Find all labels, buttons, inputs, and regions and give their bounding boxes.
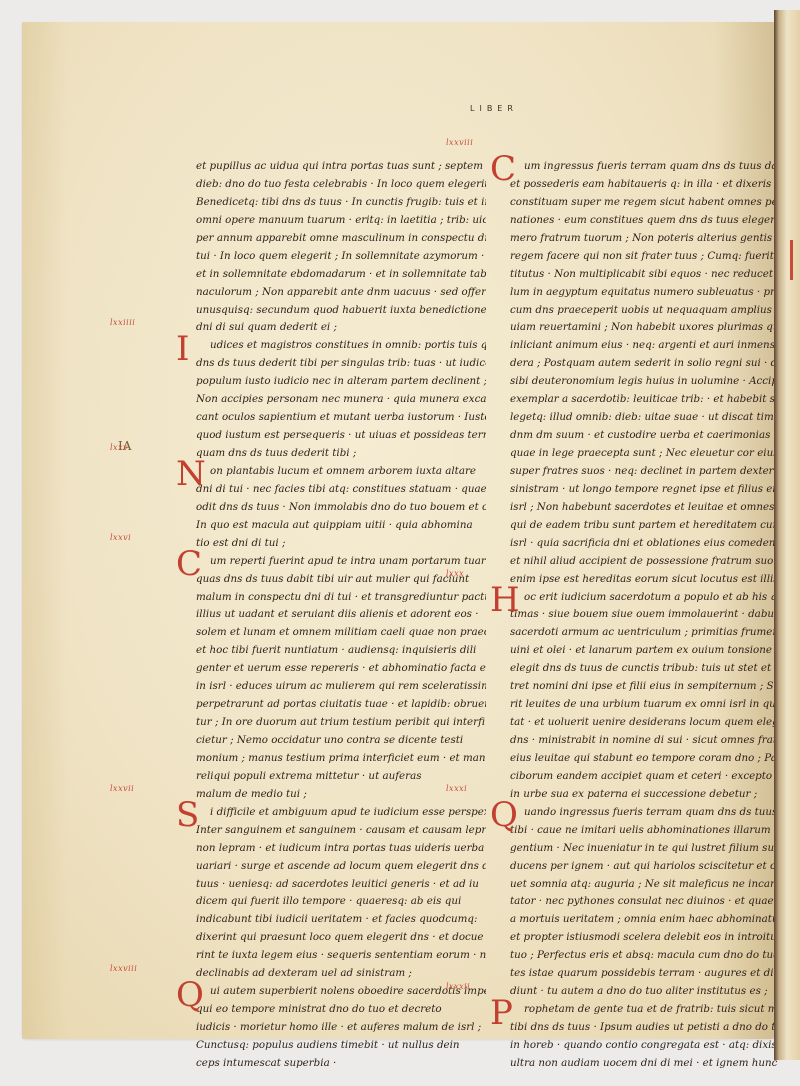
text-line: exemplar a sacerdotib: leuiticae trib: ·… xyxy=(510,391,800,409)
text-line: populum iusto iudicio nec in alteram par… xyxy=(196,373,486,391)
text-line: non lepram · et iudicum intra portas tua… xyxy=(196,840,486,858)
rubric-initial: C xyxy=(176,547,202,581)
text-line: dnm dm suum · et custodire uerba et caer… xyxy=(510,427,800,445)
text-line: elegit dns ds tuus de cunctis tribub: tu… xyxy=(510,660,800,678)
text-line: isrl · quia sacrificia dni et oblationes… xyxy=(510,535,800,553)
text-line: In quo est macula aut quippiam uitii · q… xyxy=(196,517,486,535)
text-line: tibi · caue ne imitari uelis abhominatio… xyxy=(510,822,800,840)
text-line: naculorum ; Non apparebit ante dnm uacuu… xyxy=(196,284,486,302)
text-line: titutus · Non multiplicabit sibi equos ·… xyxy=(510,266,800,284)
text-line: omni opere manuum tuarum · eritq: in lae… xyxy=(196,212,486,230)
text-line: in isrl · educes uirum ac mulierem qui r… xyxy=(196,678,486,696)
text-line: Cunctusq: populus audiens timebit · ut n… xyxy=(196,1037,486,1055)
text-line: lum in aegyptum equitatus numero subleua… xyxy=(510,284,800,302)
rubric-initial: C xyxy=(490,152,516,186)
text-line: quas dns ds tuus dabit tibi uir aut muli… xyxy=(196,571,486,589)
text-line: regem facere qui non sit frater tuus ; C… xyxy=(510,248,800,266)
text-line: in horeb · quando contio congregata est … xyxy=(510,1037,800,1055)
running-head: LIBER xyxy=(470,104,518,113)
text-line: et nihil aliud accipient de possessione … xyxy=(510,553,800,571)
text-line: ducens per ignem · aut qui hariolos scis… xyxy=(510,858,800,876)
text-line: tuo ; Perfectus eris et absq: macula cum… xyxy=(510,947,800,965)
text-line: dera ; Postquam autem sederit in solio r… xyxy=(510,355,800,373)
chapter-number: lxxiiii xyxy=(110,318,135,327)
text-line: inliciant animum eius · neq: argenti et … xyxy=(510,337,800,355)
text-line: uet somnia atq: auguria ; Ne sit malefic… xyxy=(510,876,800,894)
text-line: cant oculos sapientium et mutant uerba i… xyxy=(196,409,486,427)
text-line: legetq: illud omnib: dieb: uitae suae · … xyxy=(510,409,800,427)
text-line: Inter sanguinem et sanguinem · causam et… xyxy=(196,822,486,840)
facing-page-rubric xyxy=(790,240,793,280)
text-line: ui autem superbierit nolens oboedire sac… xyxy=(196,983,486,1001)
text-line: malum in conspectu dni di tui · et trans… xyxy=(196,589,486,607)
text-line: eius leuitae qui stabunt eo tempore cora… xyxy=(510,750,800,768)
text-line: rint te iuxta legem eius · sequeris sent… xyxy=(196,947,486,965)
text-line: reliqui populi extrema mittetur · ut auf… xyxy=(196,768,486,786)
text-line: iudicis · morietur homo ille · et aufere… xyxy=(196,1019,486,1037)
text-line: qui de eadem tribu sunt partem et heredi… xyxy=(510,517,800,535)
text-line: qui eo tempore ministrat dno do tuo et d… xyxy=(196,1001,486,1019)
text-line: dieb: dno do tuo festa celebrabis · In l… xyxy=(196,176,486,194)
text-line: tret nomini dni ipse et filii eius in se… xyxy=(510,678,800,696)
text-line: odit dns ds tuus · Non immolabis dno do … xyxy=(196,499,486,517)
text-line: monium ; manus testium prima interficiet… xyxy=(196,750,486,768)
text-line: et propter istiusmodi scelera delebit eo… xyxy=(510,929,800,947)
text-line: uiam reuertamini ; Non habebit uxores pl… xyxy=(510,319,800,337)
text-line: nationes · eum constitues quem dns ds tu… xyxy=(510,212,800,230)
text-line: ultra non audiam uocem dni di mei · et i… xyxy=(510,1055,800,1073)
chapter-number: lxxv xyxy=(110,443,128,452)
text-line: et pupillus ac uidua qui intra portas tu… xyxy=(196,158,486,176)
text-line: tuus · ueniesq: ad sacerdotes leuitici g… xyxy=(196,876,486,894)
text-line: mero fratrum tuorum ; Non poteris alteri… xyxy=(510,230,800,248)
chapter-number: lxxvi xyxy=(110,533,131,542)
text-line: malum de medio tui ; xyxy=(196,786,486,804)
text-line: tibi dns ds tuus · Ipsum audies ut petis… xyxy=(510,1019,800,1037)
text-line: timas · siue bouem siue ouem immolauerin… xyxy=(510,606,800,624)
text-line: Benedicetq: tibi dns ds tuus · In cuncti… xyxy=(196,194,486,212)
text-line: et hoc tibi fuerit nuntiatum · audiensq:… xyxy=(196,642,486,660)
text-line: per annum apparebit omne masculinum in c… xyxy=(196,230,486,248)
text-line: diunt · tu autem a dno do tuo aliter ins… xyxy=(510,983,800,1001)
text-line: et in sollemnitate ebdomadarum · et in s… xyxy=(196,266,486,284)
text-line: cietur ; Nemo occidatur uno contra se di… xyxy=(196,732,486,750)
text-line: tes istae quarum possidebis terram · aug… xyxy=(510,965,800,983)
text-line: tui · In loco quem elegerit ; In sollemn… xyxy=(196,248,486,266)
rubric-initial: Q xyxy=(176,978,204,1012)
text-line: enim ipse est hereditas eorum sicut locu… xyxy=(510,571,800,589)
text-line: i difficile et ambiguum apud te iudicium… xyxy=(196,804,486,822)
text-line: dicem qui fuerit illo tempore · quaeresq… xyxy=(196,893,486,911)
text-line: in urbe sua ex paterna ei successione de… xyxy=(510,786,800,804)
chapter-number: lxxxii xyxy=(446,982,470,991)
text-line: dns ds tuus dederit tibi per singulas tr… xyxy=(196,355,486,373)
text-line: um ingressus fueris terram quam dns ds t… xyxy=(510,158,800,176)
text-line: super fratres suos · neq: declinet in pa… xyxy=(510,463,800,481)
book-gutter xyxy=(774,10,800,1060)
right-column: um ingressus fueris terram quam dns ds t… xyxy=(510,158,800,1073)
chapter-number: lxxvii xyxy=(110,784,134,793)
rubric-initial: Q xyxy=(490,798,518,832)
text-line: ceps intumescat superbia · xyxy=(196,1055,486,1073)
chapter-number: lxxviii xyxy=(446,138,473,147)
text-line: dni di sui quam dederit ei ; xyxy=(196,319,486,337)
text-line: tur ; In ore duorum aut trium testium pe… xyxy=(196,714,486,732)
text-line: on plantabis lucum et omnem arborem iuxt… xyxy=(196,463,486,481)
text-line: uini et olei · et lanarum partem ex ouiu… xyxy=(510,642,800,660)
text-line: tat · et uoluerit uenire desiderans locu… xyxy=(510,714,800,732)
text-line: rophetam de gente tua et de fratrib: tui… xyxy=(510,1001,800,1019)
text-line: sacerdoti armum ac uentriculum ; primiti… xyxy=(510,624,800,642)
text-line: quae in lege praecepta sunt ; Nec eleuet… xyxy=(510,445,800,463)
text-line: dni di tui · nec facies tibi atq: consti… xyxy=(196,481,486,499)
text-line: a mortuis ueritatem ; omnia enim haec ab… xyxy=(510,911,800,929)
text-line: sibi deuteronomium legis huius in uolumi… xyxy=(510,373,800,391)
rubric-initial: H xyxy=(490,583,520,617)
text-line: quam dns ds tuus dederit tibi ; xyxy=(196,445,486,463)
text-line: illius ut uadant et seruiant diis alieni… xyxy=(196,606,486,624)
text-line: declinabis ad dexteram uel ad sinistram … xyxy=(196,965,486,983)
text-line: um reperti fuerint apud te intra unam po… xyxy=(196,553,486,571)
text-line: gentium · Nec inueniatur in te qui lustr… xyxy=(510,840,800,858)
left-column: et pupillus ac uidua qui intra portas tu… xyxy=(196,158,486,1073)
text-line: uariari · surge et ascende ad locum quem… xyxy=(196,858,486,876)
text-line: constituam super me regem sicut habent o… xyxy=(510,194,800,212)
text-line: dixerint qui praesunt loco quem elegerit… xyxy=(196,929,486,947)
rubric-initial: P xyxy=(490,996,513,1030)
text-line: et possederis eam habitaueris q: in illa… xyxy=(510,176,800,194)
text-line: Non accipies personam nec munera · quia … xyxy=(196,391,486,409)
text-line: unusquisq: secundum quod habuerit iuxta … xyxy=(196,302,486,320)
text-line: genter et uerum esse repereris · et abho… xyxy=(196,660,486,678)
text-line: tator · nec pythones consulat nec diuino… xyxy=(510,893,800,911)
chapter-number: lxxx xyxy=(446,569,464,578)
chapter-number: lxxviii xyxy=(110,964,137,973)
chapter-number: lxxxi xyxy=(446,784,467,793)
text-line: oc erit iudicium sacerdotum a populo et … xyxy=(510,589,800,607)
text-line: perpetrarunt ad portas ciuitatis tuae · … xyxy=(196,696,486,714)
text-line: rit leuites de una urbium tuarum ex omni… xyxy=(510,696,800,714)
text-line: indicabunt tibi iudicii ueritatem · et f… xyxy=(196,911,486,929)
text-line: tio est dni di tui ; xyxy=(196,535,486,553)
text-line: sinistram · ut longo tempore regnet ipse… xyxy=(510,481,800,499)
text-line: solem et lunam et omnem militiam caeli q… xyxy=(196,624,486,642)
manuscript-page: LIBER et pupillus ac uidua qui intra por… xyxy=(22,22,774,1039)
text-line: udices et magistros constitues in omnib:… xyxy=(196,337,486,355)
text-line: ciborum eandem accipiet quam et ceteri ·… xyxy=(510,768,800,786)
text-line: isrl ; Non habebunt sacerdotes et leuita… xyxy=(510,499,800,517)
rubric-initial: I xyxy=(176,332,189,366)
text-line: uando ingressus fueris terram quam dns d… xyxy=(510,804,800,822)
text-line: quod iustum est persequeris · ut uiuas e… xyxy=(196,427,486,445)
rubric-initial: S xyxy=(176,798,199,832)
text-line: dns · ministrabit in nomine di sui · sic… xyxy=(510,732,800,750)
text-line: cum dns praeceperit uobis ut nequaquam a… xyxy=(510,302,800,320)
rubric-initial: N xyxy=(176,457,206,491)
